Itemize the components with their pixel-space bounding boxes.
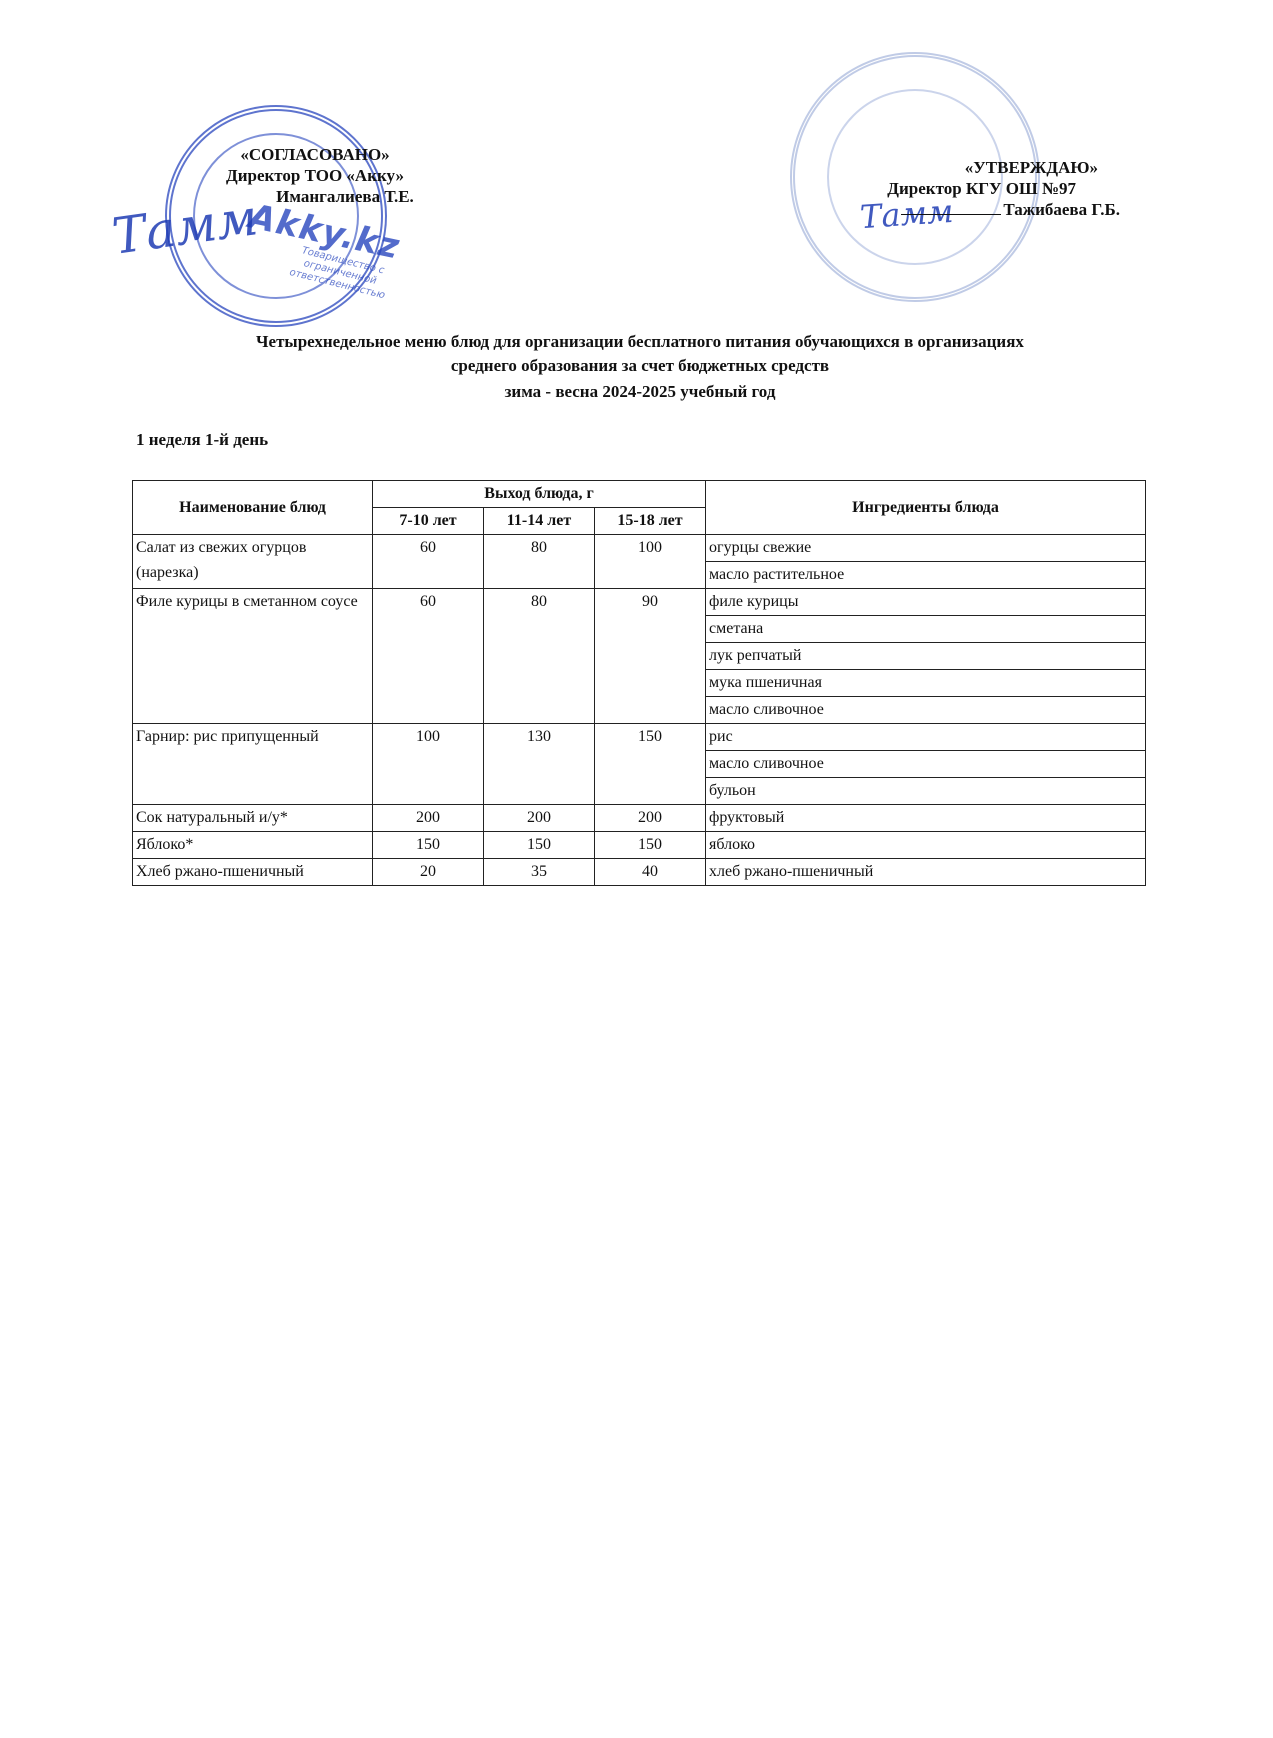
dish-name: Филе курицы в сметанном соусе <box>133 589 373 724</box>
menu-table-body: Салат из свежих огурцов (нарезка)6080100… <box>133 535 1146 886</box>
ingredient: огурцы свежие <box>706 535 1146 562</box>
table-row: Салат из свежих огурцов (нарезка)6080100… <box>133 535 1146 562</box>
approval-approved-block: «УТВЕРЖДАЮ» Директор КГУ ОШ №97 Тажибаев… <box>850 157 1120 220</box>
title-line-2: среднего образования за счет бюджетных с… <box>150 354 1130 378</box>
yield-15-18: 150 <box>595 832 706 859</box>
approval-agreed-name: Имангалиева Т.Е. <box>195 186 435 207</box>
yield-7-10: 150 <box>373 832 484 859</box>
yield-11-14: 80 <box>484 535 595 589</box>
yield-11-14: 200 <box>484 805 595 832</box>
day-label: 1 неделя 1-й день <box>136 430 268 450</box>
yield-15-18: 200 <box>595 805 706 832</box>
ingredient: бульон <box>706 778 1146 805</box>
table-row: Гарнир: рис припущенный100130150рис <box>133 724 1146 751</box>
ingredient: масло сливочное <box>706 751 1146 778</box>
header-age-15-18: 15-18 лет <box>595 508 706 535</box>
header-age-11-14: 11-14 лет <box>484 508 595 535</box>
ingredient: рис <box>706 724 1146 751</box>
table-row: Сок натуральный и/у*200200200фруктовый <box>133 805 1146 832</box>
yield-11-14: 80 <box>484 589 595 724</box>
header-age-7-10: 7-10 лет <box>373 508 484 535</box>
approval-approved-signature-row: Тажибаева Г.Б. <box>850 199 1120 220</box>
document-title: Четырехнедельное меню блюд для организац… <box>150 330 1130 404</box>
dish-name: Гарнир: рис припущенный <box>133 724 373 805</box>
yield-7-10: 60 <box>373 589 484 724</box>
header-dish: Наименование блюд <box>133 481 373 535</box>
yield-11-14: 130 <box>484 724 595 805</box>
ingredient: сметана <box>706 616 1146 643</box>
yield-15-18: 40 <box>595 859 706 886</box>
header-ingredients: Ингредиенты блюда <box>706 481 1146 535</box>
approval-agreed-block: «СОГЛАСОВАНО» Директор ТОО «Акку» Иманга… <box>195 144 435 207</box>
yield-15-18: 150 <box>595 724 706 805</box>
dish-name: Салат из свежих огурцов (нарезка) <box>133 535 373 589</box>
yield-11-14: 35 <box>484 859 595 886</box>
menu-table: Наименование блюд Выход блюда, г Ингреди… <box>132 480 1146 886</box>
ingredient: лук репчатый <box>706 643 1146 670</box>
ingredient: фруктовый <box>706 805 1146 832</box>
title-line-1: Четырехнедельное меню блюд для организац… <box>150 330 1130 354</box>
table-row: Филе курицы в сметанном соусе608090филе … <box>133 589 1146 616</box>
dish-name: Хлеб ржано-пшеничный <box>133 859 373 886</box>
table-row: Яблоко*150150150яблоко <box>133 832 1146 859</box>
ingredient: масло сливочное <box>706 697 1146 724</box>
title-season: зима - весна 2024-2025 учебный год <box>150 380 1130 404</box>
signature-line <box>901 213 1001 215</box>
approval-approved-name: Тажибаева Г.Б. <box>1003 200 1120 219</box>
dish-name: Яблоко* <box>133 832 373 859</box>
approval-approved-heading: «УТВЕРЖДАЮ» <box>850 157 1120 178</box>
yield-7-10: 200 <box>373 805 484 832</box>
approval-agreed-heading: «СОГЛАСОВАНО» <box>195 144 435 165</box>
table-row: Хлеб ржано-пшеничный203540хлеб ржано-пше… <box>133 859 1146 886</box>
ingredient: яблоко <box>706 832 1146 859</box>
yield-15-18: 90 <box>595 589 706 724</box>
ingredient: филе курицы <box>706 589 1146 616</box>
header-yield: Выход блюда, г <box>373 481 706 508</box>
ingredient: хлеб ржано-пшеничный <box>706 859 1146 886</box>
yield-15-18: 100 <box>595 535 706 589</box>
dish-name: Сок натуральный и/у* <box>133 805 373 832</box>
approval-agreed-position: Директор ТОО «Акку» <box>195 165 435 186</box>
yield-7-10: 20 <box>373 859 484 886</box>
ingredient: масло растительное <box>706 562 1146 589</box>
approval-approved-position: Директор КГУ ОШ №97 <box>850 178 1120 199</box>
yield-7-10: 100 <box>373 724 484 805</box>
yield-11-14: 150 <box>484 832 595 859</box>
yield-7-10: 60 <box>373 535 484 589</box>
ingredient: мука пшеничная <box>706 670 1146 697</box>
